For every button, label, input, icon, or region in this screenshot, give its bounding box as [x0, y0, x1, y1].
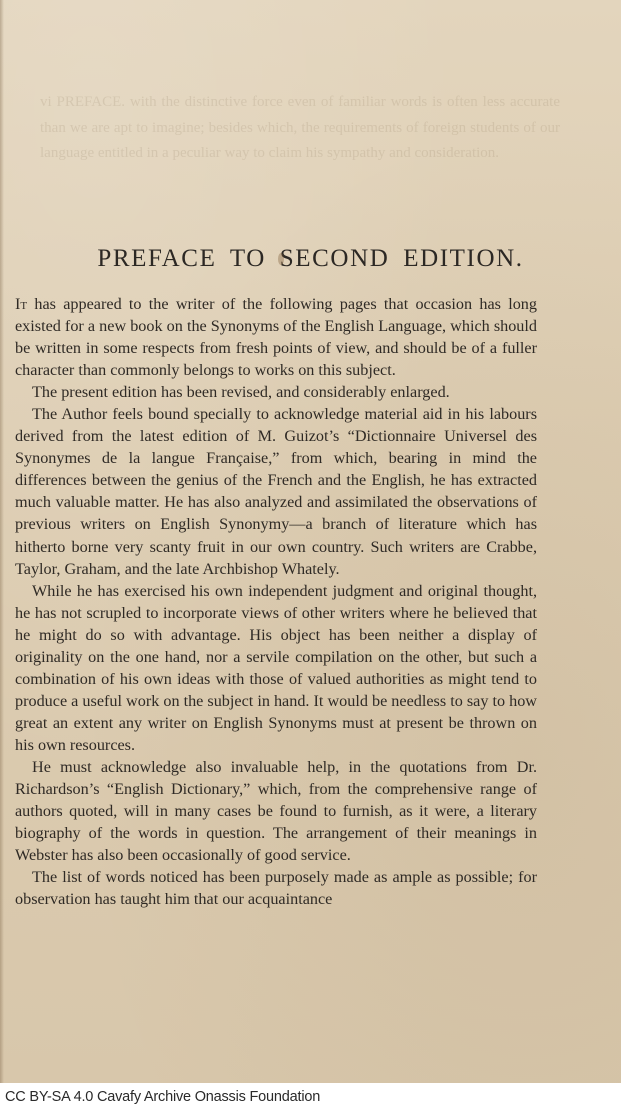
paragraph-5: He must acknowledge also invaluable help… — [15, 756, 537, 866]
bleed-through-text: vi PREFACE. with the distinctive force e… — [40, 90, 560, 260]
preface-body: It has appeared to the writer of the fol… — [15, 293, 537, 910]
scanned-page: vi PREFACE. with the distinctive force e… — [0, 0, 621, 1083]
paragraph-6: The list of words noticed has been purpo… — [15, 866, 537, 910]
page-title: PREFACE TO SECOND EDITION. — [0, 245, 621, 273]
ink-smudge — [278, 253, 284, 265]
paragraph-3: The Author feels bound specially to ackn… — [15, 403, 537, 579]
paragraph-1: It has appeared to the writer of the fol… — [15, 293, 537, 381]
drop-lead-word: It — [15, 295, 27, 313]
page-binding-edge — [0, 0, 4, 1083]
paragraph-4: While he has exercised his own independe… — [15, 580, 537, 756]
license-credit: CC BY-SA 4.0 Cavafy Archive Onassis Foun… — [5, 1089, 320, 1105]
paragraph-2: The present edition has been revised, an… — [15, 381, 537, 403]
paragraph-text: has appeared to the writer of the follow… — [15, 295, 537, 379]
